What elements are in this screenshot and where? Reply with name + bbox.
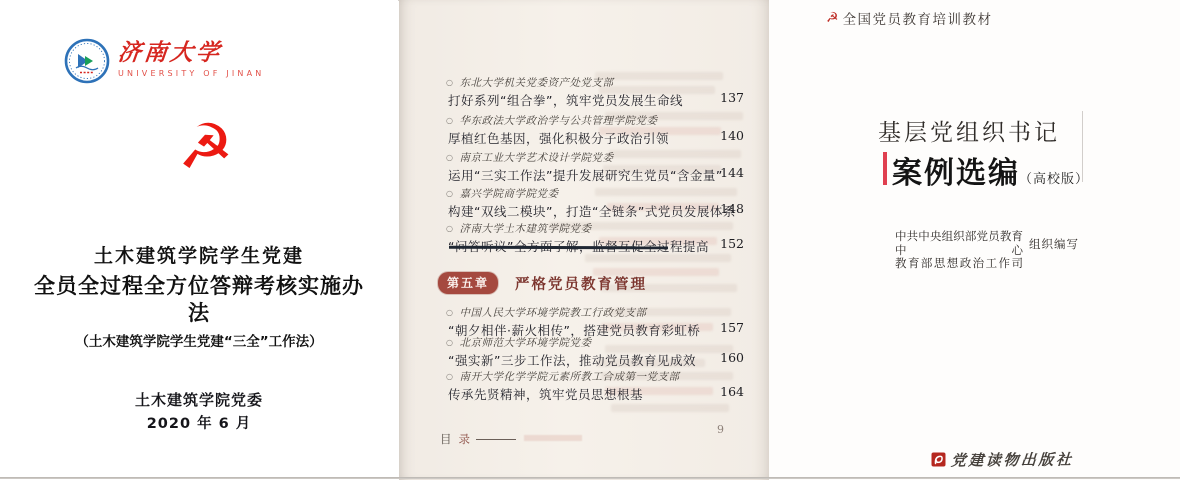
toc-entry: ○中国人民大学环境学院教工行政党支部 “朝夕相伴·薪火相传”，搭建党员教育彩虹桥… <box>446 306 734 339</box>
toc-entry-org: 中国人民大学环境学院教工行政党支部 <box>459 307 646 319</box>
chapter-badge: 第五章 <box>438 272 498 294</box>
issuing-committee: 土木建筑学院党委 <box>24 389 374 410</box>
toc-entry-org: 北京师范大学环境学院党委 <box>459 337 591 349</box>
editors-line2: 教育部思想政治工作司 <box>895 257 1023 271</box>
document-title-line2: 全员全过程全方位答辩考核实施办法 <box>24 273 374 327</box>
toc-entry: ○东北大学机关党委资产处党支部 打好系列“组合拳”，筑牢党员发展生命线 137 <box>446 76 734 109</box>
editors-line1: 中共中央组织部党员教育中心 <box>895 230 1023 257</box>
toc-entry-org: 东北大学机关党委资产处党支部 <box>459 77 613 89</box>
toc-entry: ○嘉兴学院商学院党委 构建“双线二模块”，打造“全链条”式党员发展体系 148 <box>446 187 734 220</box>
toc-running-footer: 目录 <box>440 428 582 442</box>
toc-entry-org: 南开大学化学学院元素所教工合成第一党支部 <box>459 371 679 383</box>
series-title: 全国党员教育培训教材 <box>843 8 993 28</box>
footer-rule <box>476 439 516 440</box>
toc-entry-page: 148 <box>720 201 744 216</box>
entry-bullet-icon: ○ <box>446 372 453 381</box>
scan-edge-bottom <box>0 477 1180 479</box>
toc-entry-highlighted: ○济南大学土木建筑学院党委 “问答听议”全方面了解，监督互促全过程提高 152 <box>446 222 734 255</box>
footer-label-mu: 目 <box>440 432 452 446</box>
footer-label-lu: 录 <box>459 432 471 446</box>
toc-entry-title: 传承先贤精神，筑牢党员思想根基 <box>448 387 734 403</box>
toc-entry-page: 140 <box>720 128 744 143</box>
book-edition: （高校版） <box>1019 168 1089 187</box>
entry-bullet-icon: ○ <box>446 78 453 87</box>
editors-role: 组织编写 <box>1029 236 1079 252</box>
toc-entry-title: 构建“双线二模块”，打造“全链条”式党员发展体系 <box>448 204 734 220</box>
editors-block: 中共中央组织部党员教育中心 教育部思想政治工作司 <box>895 230 1023 271</box>
entry-bullet-icon: ○ <box>446 308 453 317</box>
entry-bullet-icon: ○ <box>446 224 453 233</box>
toc-entry-page: 164 <box>720 384 744 399</box>
page-book-cover: ☭ 全国党员教育培训教材 基层党组织书记 案例选编 （高校版） 中共中央组织部党… <box>769 0 1180 480</box>
party-emblem-icon: ☭ <box>826 10 839 26</box>
entry-bullet-icon: ○ <box>446 338 453 347</box>
toc-entry-page: 137 <box>720 90 744 105</box>
toc-entry-title: “强实新”三步工作法，推动党员教育见成效 <box>448 353 734 369</box>
university-name-block: 济南大学 UNIVERSITY OF JINAN <box>118 38 264 78</box>
book-title-line2: 案例选编 <box>892 148 1020 192</box>
toc-entry-title: 运用“三实工作法”提升发展研究生党员“含金量” <box>448 168 734 184</box>
entry-bullet-icon: ○ <box>446 153 453 162</box>
page-table-of-contents: ○东北大学机关党委资产处党支部 打好系列“组合拳”，筑牢党员发展生命线 137 … <box>399 0 769 480</box>
scanned-book-spread: { "colors": { "party_red": "#ec1a12", "l… <box>0 0 1180 480</box>
publisher-logo-icon <box>931 452 946 467</box>
book-title-line1: 基层党组织书记 <box>878 114 1060 147</box>
toc-entry-org: 华东政法大学政治学与公共管理学院党委 <box>459 115 657 127</box>
toc-entry-org: 嘉兴学院商学院党委 <box>459 188 558 200</box>
document-title-line1: 土木建筑学院学生党建 <box>24 244 374 269</box>
entry-bullet-icon: ○ <box>446 116 453 125</box>
university-name-zh: 济南大学 <box>117 40 266 66</box>
toc-entry-org: 济南大学土木建筑学院党委 <box>459 223 591 235</box>
hammer-sickle-icon: ☭ <box>178 116 234 178</box>
bleed-through-ghost <box>611 404 729 412</box>
university-emblem-icon <box>64 38 110 84</box>
toc-entry: ○北京师范大学环境学院党委 “强实新”三步工作法，推动党员教育见成效 160 <box>446 336 734 369</box>
toc-entry-page: 152 <box>720 236 744 251</box>
document-subtitle: （土木建筑学院学生党建“三全”工作法） <box>24 333 374 351</box>
title-accent-bar <box>883 152 887 185</box>
toc-entry-page: 160 <box>720 350 744 365</box>
entry-bullet-icon: ○ <box>446 189 453 198</box>
page-left-cover-sheet: 济南大学 UNIVERSITY OF JINAN ☭ 土木建筑学院学生党建 全员… <box>0 0 398 480</box>
document-title-block: 土木建筑学院学生党建 全员全过程全方位答辩考核实施办法 （土木建筑学院学生党建“… <box>24 244 374 351</box>
toc-page-number: 9 <box>717 423 724 436</box>
toc-entry-title: 打好系列“组合拳”，筑牢党员发展生命线 <box>448 93 734 109</box>
toc-entry: ○南开大学化学学院元素所教工合成第一党支部 传承先贤精神，筑牢党员思想根基 16… <box>446 370 734 403</box>
publisher-row: 党建读物出版社 <box>931 449 1074 470</box>
toc-entry: ○南京工业大学艺术设计学院党委 运用“三实工作法”提升发展研究生党员“含金量” … <box>446 151 734 184</box>
cover-vertical-rule <box>1082 111 1083 182</box>
toc-entry-org: 南京工业大学艺术设计学院党委 <box>459 152 613 164</box>
series-row: ☭ 全国党员教育培训教材 <box>826 8 993 28</box>
publisher-name: 党建读物出版社 <box>950 448 1074 470</box>
issue-date: 2020 年 6 月 <box>24 412 374 433</box>
chapter-title: 严格党员教育管理 <box>515 273 647 294</box>
university-name-en: UNIVERSITY OF JINAN <box>118 69 264 78</box>
bleed-through-ghost <box>585 254 731 262</box>
toc-entry: ○华东政法大学政治学与公共管理学院党委 厚植红色基因，强化积极分子政治引领 14… <box>446 114 734 147</box>
toc-entry-title: 厚植红色基因，强化积极分子政治引领 <box>448 131 734 147</box>
chapter-heading-row: 第五章 严格党员教育管理 <box>438 272 647 294</box>
toc-entry-page: 157 <box>720 320 744 335</box>
footer-ghost-smudge <box>524 435 582 441</box>
toc-entry-page: 144 <box>720 165 744 180</box>
university-logo: 济南大学 UNIVERSITY OF JINAN <box>64 38 264 84</box>
